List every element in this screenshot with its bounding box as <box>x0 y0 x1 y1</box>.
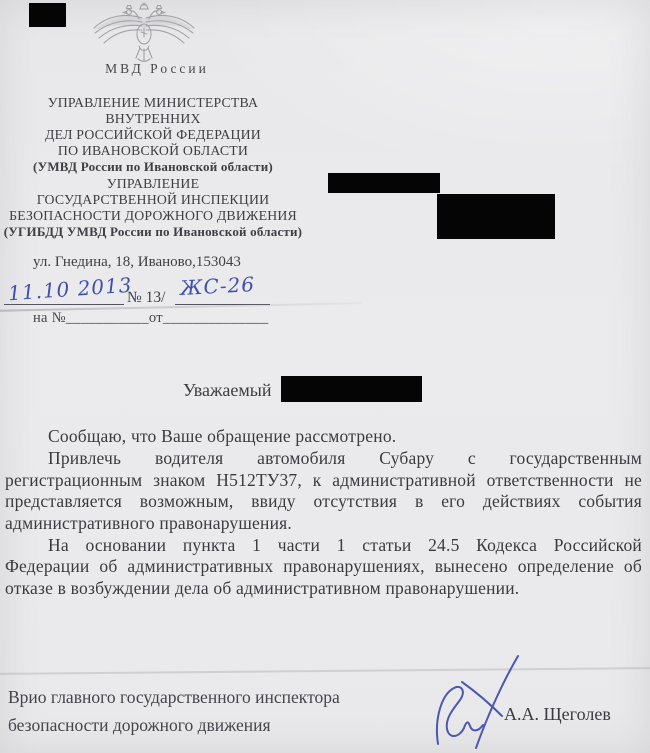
redaction-box-recipient-1 <box>328 173 440 193</box>
reply-reference-line: на №___________от______________ <box>33 310 269 327</box>
mvd-double-headed-eagle-icon <box>92 2 196 62</box>
redaction-box-top-left <box>29 3 66 27</box>
emblem-caption: МВД России <box>88 61 226 77</box>
redaction-box-addressee-name <box>281 376 422 402</box>
signatory-position-line: безопасности дорожного движения <box>8 715 271 736</box>
handwritten-signature <box>432 652 522 752</box>
body-paragraph-line: Привлечь водителя автомобиля Субару с го… <box>5 448 642 470</box>
paper-crease <box>0 667 650 674</box>
org-name-block: УПРАВЛЕНИЕ МИНИСТЕРСТВА ВНУТРЕННИХ ДЕЛ Р… <box>0 95 306 175</box>
org-name-line: УПРАВЛЕНИЕ МИНИСТЕРСТВА ВНУТРЕННИХ <box>0 95 306 127</box>
gibdd-short-name: (УГИБДД УМВД России по Ивановской област… <box>0 224 306 240</box>
gibdd-name-line: ГОСУДАРСТВЕННОЙ ИНСПЕКЦИИ <box>0 192 306 208</box>
org-short-name: (УМВД России по Ивановской области) <box>0 159 306 175</box>
gibdd-name-line: БЕЗОПАСНОСТИ ДОРОЖНОГО ДВИЖЕНИЯ <box>0 208 306 224</box>
body-paragraph-line: Федерации об административных правонаруш… <box>5 556 642 578</box>
redaction-box-recipient-2 <box>437 194 555 239</box>
signatory-position-line: Врио главного государственного инспектор… <box>8 687 340 708</box>
gibdd-name-line: УПРАВЛЕНИЕ <box>0 176 306 192</box>
body-paragraph-line: регистрационным знаком Н512ТУ37, к админ… <box>5 470 642 492</box>
body-paragraph-line: отказе в возбуждении дела об администрат… <box>5 578 642 600</box>
outgoing-number-handwritten: ЖС-26 <box>179 272 255 300</box>
outgoing-number-label: № 13/ <box>127 289 165 307</box>
body-paragraph-line: представляется возможным, ввиду отсутств… <box>5 491 642 513</box>
body-paragraph-line: Сообщаю, что Ваше обращение рассмотрено. <box>5 426 642 448</box>
org-name-line: ДЕЛ РОССИЙСКОЙ ФЕДЕРАЦИИ <box>0 127 306 143</box>
postal-address: ул. Гнедина, 18, Иваново,153043 <box>33 254 241 271</box>
salutation: Уважаемый <box>183 380 272 401</box>
scanned-letter-page: МВД России УПРАВЛЕНИЕ МИНИСТЕРСТВА ВНУТР… <box>0 0 650 753</box>
signatory-name: А.А. Щеголев <box>504 704 611 725</box>
org-name-line: ПО ИВАНОВСКОЙ ОБЛАСТИ <box>0 143 306 159</box>
body-paragraph-line: административного правонарушения. <box>5 513 642 535</box>
body-paragraph-line: На основании пункта 1 части 1 статьи 24.… <box>5 535 642 557</box>
gibdd-name-block: УПРАВЛЕНИЕ ГОСУДАРСТВЕННОЙ ИНСПЕКЦИИ БЕЗ… <box>0 176 306 240</box>
